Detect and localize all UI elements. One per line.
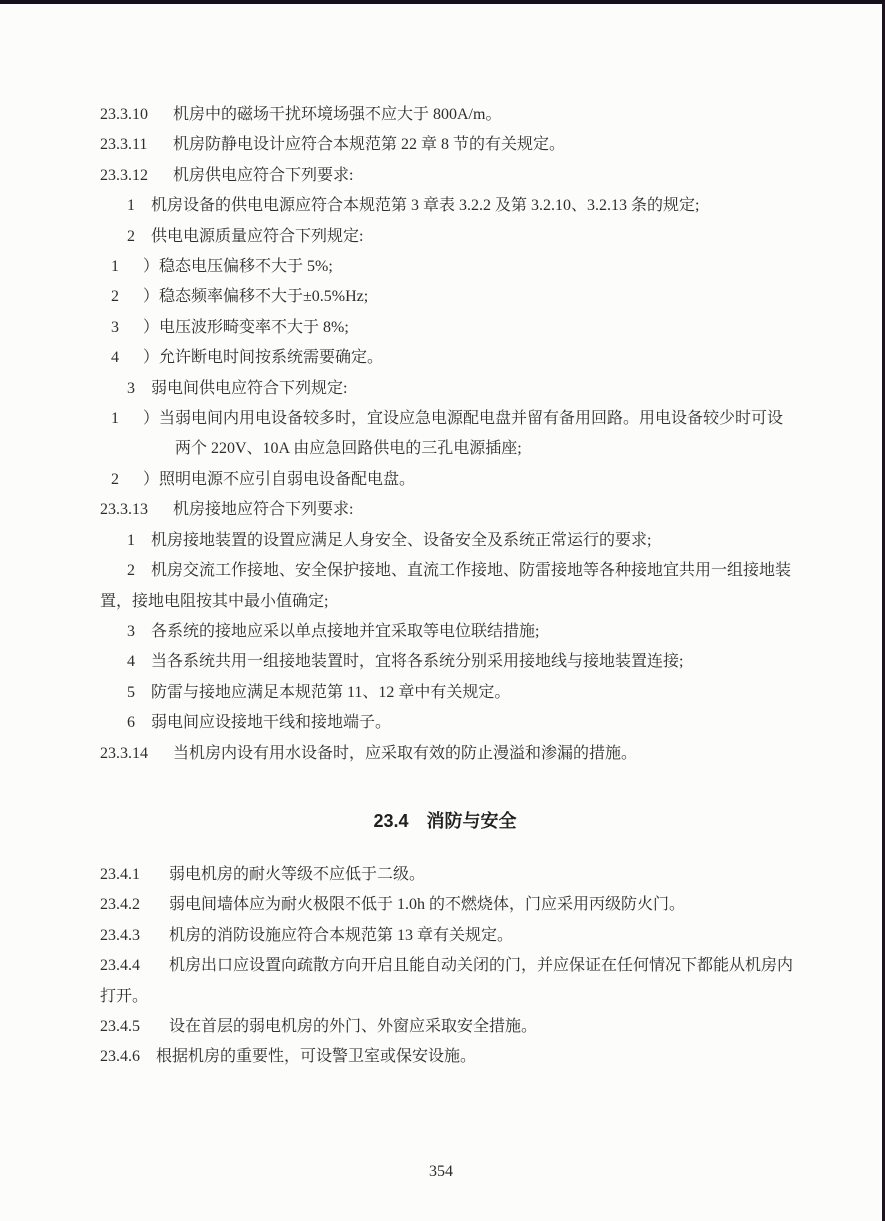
line-text: ）允许断电时间按系统需要确定。	[143, 349, 383, 366]
doc-line: 5防雷与接地应满足本规范第 11、12 章中有关规定。	[100, 678, 882, 708]
doc-line: 23.4.3机房的消防设施应符合本规范第 13 章有关规定。	[100, 921, 882, 951]
doc-line: 3）电压波形畸变率不大于 8%;	[100, 313, 882, 343]
doc-line: 两个 220V、10A 由应急回路供电的三孔电源插座;	[100, 434, 882, 464]
line-text: ）稳态频率偏移不大于±0.5%Hz;	[143, 288, 368, 305]
line-text: 机房的消防设施应符合本规范第 13 章有关规定。	[169, 927, 513, 944]
doc-line: 23.3.10机房中的磁场干扰环境场强不应大于 800A/m。	[100, 100, 882, 130]
line-text: 打开。	[100, 988, 148, 1005]
line-text: ）电压波形畸变率不大于 8%;	[143, 319, 349, 336]
doc-line: 23.4.2弱电间墙体应为耐火极限不低于 1.0h 的不燃烧体，门应采用丙级防火…	[100, 890, 882, 920]
doc-line: 1）稳态电压偏移不大于 5%;	[100, 252, 882, 282]
doc-line: 2）稳态频率偏移不大于±0.5%Hz;	[100, 282, 882, 312]
item-number: 2	[127, 556, 151, 586]
doc-line: 23.4.5设在首层的弱电机房的外门、外窗应采取安全措施。	[100, 1012, 882, 1042]
doc-line: 2机房交流工作接地、安全保护接地、直流工作接地、防雷接地等各种接地宜共用一组接地…	[100, 556, 882, 586]
clause-number: 23.4.2	[100, 890, 169, 920]
doc-line: 23.4.1弱电机房的耐火等级不应低于二级。	[100, 860, 882, 890]
item-number: 2	[127, 222, 151, 252]
clause-number: 23.4.4	[100, 951, 169, 981]
item-number: 2	[111, 465, 143, 495]
doc-line: 1机房设备的供电电源应符合本规范第 3 章表 3.2.2 及第 3.2.10、3…	[100, 191, 882, 221]
line-text: ）当弱电间内用电设备较多时，宜设应急电源配电盘并留有备用回路。用电设备较少时可设	[143, 410, 783, 427]
doc-line: 23.3.13机房接地应符合下列要求:	[100, 495, 882, 525]
line-text: 弱电间供电应符合下列规定:	[151, 380, 347, 397]
clause-number: 23.4.3	[100, 921, 169, 951]
item-number: 1	[111, 252, 143, 282]
doc-line: 6弱电间应设接地干线和接地端子。	[100, 708, 882, 738]
clause-number: 23.3.13	[100, 495, 173, 525]
doc-line: 23.4.6根据机房的重要性，可设警卫室或保安设施。	[100, 1042, 882, 1072]
clause-number: 23.4.1	[100, 860, 169, 890]
doc-line: 23.3.12机房供电应符合下列要求:	[100, 161, 882, 191]
line-text: 两个 220V、10A 由应急回路供电的三孔电源插座;	[175, 440, 522, 457]
line-text: 机房设备的供电电源应符合本规范第 3 章表 3.2.2 及第 3.2.10、3.…	[151, 197, 699, 214]
doc-line: 打开。	[100, 982, 882, 1012]
doc-line: 4）允许断电时间按系统需要确定。	[100, 343, 882, 373]
doc-line: 4当各系统共用一组接地装置时，宜将各系统分别采用接地线与接地装置连接;	[100, 647, 882, 677]
item-number: 4	[111, 343, 143, 373]
item-number: 3	[127, 617, 151, 647]
document-page: 23.3.10机房中的磁场干扰环境场强不应大于 800A/m。 23.3.11机…	[0, 0, 885, 1221]
item-number: 3	[127, 374, 151, 404]
line-text: 机房接地装置的设置应满足人身安全、设备安全及系统正常运行的要求;	[151, 532, 651, 549]
section-title: 消防与安全	[427, 811, 517, 831]
clause-number: 23.3.10	[100, 100, 173, 130]
doc-line: 1机房接地装置的设置应满足人身安全、设备安全及系统正常运行的要求;	[100, 526, 882, 556]
item-number: 5	[127, 678, 151, 708]
item-number: 3	[111, 313, 143, 343]
line-text: 机房中的磁场干扰环境场强不应大于 800A/m。	[173, 106, 501, 123]
clause-number: 23.4.6	[100, 1042, 156, 1072]
line-text: 各系统的接地应采以单点接地并宜采取等电位联结措施;	[151, 623, 539, 640]
line-text: 机房交流工作接地、安全保护接地、直流工作接地、防雷接地等各种接地宜共用一组接地装	[151, 562, 791, 579]
line-text: ）照明电源不应引自弱电设备配电盘。	[143, 471, 415, 488]
line-text: 机房接地应符合下列要求:	[173, 501, 353, 518]
line-text: 供电电源质量应符合下列规定:	[151, 228, 363, 245]
line-text: 根据机房的重要性，可设警卫室或保安设施。	[156, 1048, 476, 1065]
item-number: 6	[127, 708, 151, 738]
item-number: 1	[127, 526, 151, 556]
doc-line: 2）照明电源不应引自弱电设备配电盘。	[100, 465, 882, 495]
line-text: ）稳态电压偏移不大于 5%;	[143, 258, 333, 275]
line-text: 弱电间应设接地干线和接地端子。	[151, 714, 391, 731]
doc-line: 1）当弱电间内用电设备较多时，宜设应急电源配电盘并留有备用回路。用电设备较少时可…	[100, 404, 882, 434]
page-content: 23.3.10机房中的磁场干扰环境场强不应大于 800A/m。 23.3.11机…	[0, 4, 882, 1073]
line-text: 置，接地电阻按其中最小值确定;	[100, 593, 328, 610]
section-heading: 23.4消防与安全	[100, 806, 790, 836]
doc-line: 置，接地电阻按其中最小值确定;	[100, 587, 882, 617]
clause-number: 23.3.12	[100, 161, 173, 191]
line-text: 机房出口应设置向疏散方向开启且能自动关闭的门，并应保证在任何情况下都能从机房内	[169, 957, 793, 974]
clause-number: 23.4.5	[100, 1012, 169, 1042]
line-text: 机房供电应符合下列要求:	[173, 167, 353, 184]
clause-number: 23.3.14	[100, 739, 173, 769]
line-text: 当各系统共用一组接地装置时，宜将各系统分别采用接地线与接地装置连接;	[151, 653, 683, 670]
doc-line: 23.3.14当机房内设有用水设备时，应采取有效的防止漫溢和渗漏的措施。	[100, 739, 882, 769]
doc-line: 3弱电间供电应符合下列规定:	[100, 374, 882, 404]
doc-line: 23.4.4机房出口应设置向疏散方向开启且能自动关闭的门，并应保证在任何情况下都…	[100, 951, 882, 981]
line-text: 机房防静电设计应符合本规范第 22 章 8 节的有关规定。	[173, 136, 565, 153]
line-text: 弱电间墙体应为耐火极限不低于 1.0h 的不燃烧体，门应采用丙级防火门。	[169, 896, 685, 913]
line-text: 设在首层的弱电机房的外门、外窗应采取安全措施。	[169, 1018, 537, 1035]
doc-line: 3各系统的接地应采以单点接地并宜采取等电位联结措施;	[100, 617, 882, 647]
page-number: 354	[0, 1163, 882, 1181]
section-number: 23.4	[373, 811, 408, 831]
line-text: 防雷与接地应满足本规范第 11、12 章中有关规定。	[151, 684, 510, 701]
doc-line: 23.3.11机房防静电设计应符合本规范第 22 章 8 节的有关规定。	[100, 130, 882, 160]
item-number: 4	[127, 647, 151, 677]
doc-line: 2供电电源质量应符合下列规定:	[100, 222, 882, 252]
line-text: 弱电机房的耐火等级不应低于二级。	[169, 866, 425, 883]
item-number: 1	[127, 191, 151, 221]
item-number: 2	[111, 282, 143, 312]
item-number: 1	[111, 404, 143, 434]
clause-number: 23.3.11	[100, 130, 173, 160]
line-text: 当机房内设有用水设备时，应采取有效的防止漫溢和渗漏的措施。	[173, 745, 637, 762]
